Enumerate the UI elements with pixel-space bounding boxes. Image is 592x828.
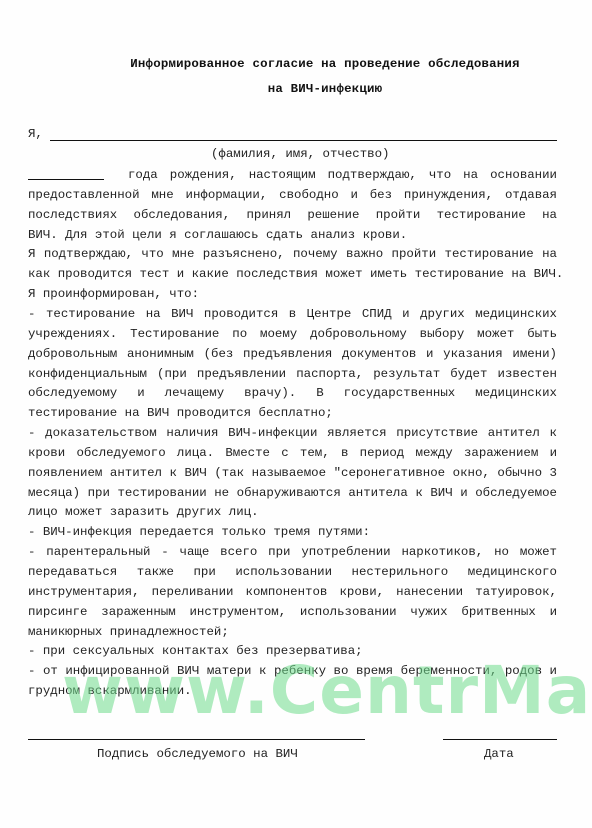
body-line: ВИЧ. Для этой цели я соглашаюсь сдать ан…: [28, 227, 557, 243]
name-field-caption: (фамилия, имя, отчество): [211, 147, 389, 161]
body-line: появлением антител к ВИЧ (так называемое…: [28, 465, 557, 481]
date-caption: Дата: [484, 747, 514, 761]
body-line: маникюрных принадлежностей;: [28, 624, 557, 640]
body-line: добровольным анонимным (без предъявления…: [28, 346, 557, 362]
body-line: крови обследуемого лица. Вместе с тем, в…: [28, 445, 557, 461]
body-line: - доказательством наличия ВИЧ-инфекции я…: [28, 425, 557, 441]
document-title-line-1: Информированное согласие на проведение о…: [29, 57, 592, 71]
body-line: месяца) при тестировании не обнаруживают…: [28, 485, 557, 501]
signature-line[interactable]: [28, 739, 365, 740]
body-line: - от инфицированной ВИЧ матери к ребенку…: [28, 663, 557, 679]
body-line: пирсинге зараженным инструментом, исполь…: [28, 604, 557, 620]
body-line: Я проинформирован, что:: [28, 286, 557, 302]
name-field-line[interactable]: [50, 140, 557, 141]
signature-caption: Подпись обследуемого на ВИЧ: [97, 747, 298, 761]
body-line: Я подтверждаю, что мне разъяснено, почем…: [28, 246, 557, 262]
body-line: - ВИЧ-инфекция передается только тремя п…: [28, 524, 557, 540]
body-line: - тестирование на ВИЧ проводится в Центр…: [28, 306, 557, 322]
body-line: года рождения, настоящим подтверждаю, чт…: [128, 167, 557, 183]
document-title-line-2: на ВИЧ-инфекцию: [29, 82, 592, 96]
body-line: - парентеральный - чаще всего при употре…: [28, 544, 557, 560]
body-line: обследуемому и лечащему врачу). В госуда…: [28, 385, 557, 401]
body-line: учреждениях. Тестирование по моему добро…: [28, 326, 557, 342]
name-prefix: Я,: [28, 127, 43, 141]
body-line: как проводится тест и какие последствия …: [28, 266, 557, 282]
body-line: лицо может заразить других лиц.: [28, 504, 557, 520]
consent-form-page: Информированное согласие на проведение о…: [0, 0, 592, 828]
body-line: тестирование на ВИЧ проводится бесплатно…: [28, 405, 557, 421]
birth-year-field-line[interactable]: [28, 179, 104, 180]
body-line: грудном вскармливании.: [28, 683, 557, 699]
body-line: предоставленной мне информации, свободно…: [28, 187, 557, 203]
body-line: конфиденциальным (при предъявлении паспо…: [28, 366, 557, 382]
body-line: последствиях обследования, принял решени…: [28, 207, 557, 223]
body-line: инструментария, переливании компонентов …: [28, 584, 557, 600]
body-line: передаваться также при использовании нес…: [28, 564, 557, 580]
date-line[interactable]: [443, 739, 557, 740]
body-line: - при сексуальных контактах без презерва…: [28, 643, 557, 659]
